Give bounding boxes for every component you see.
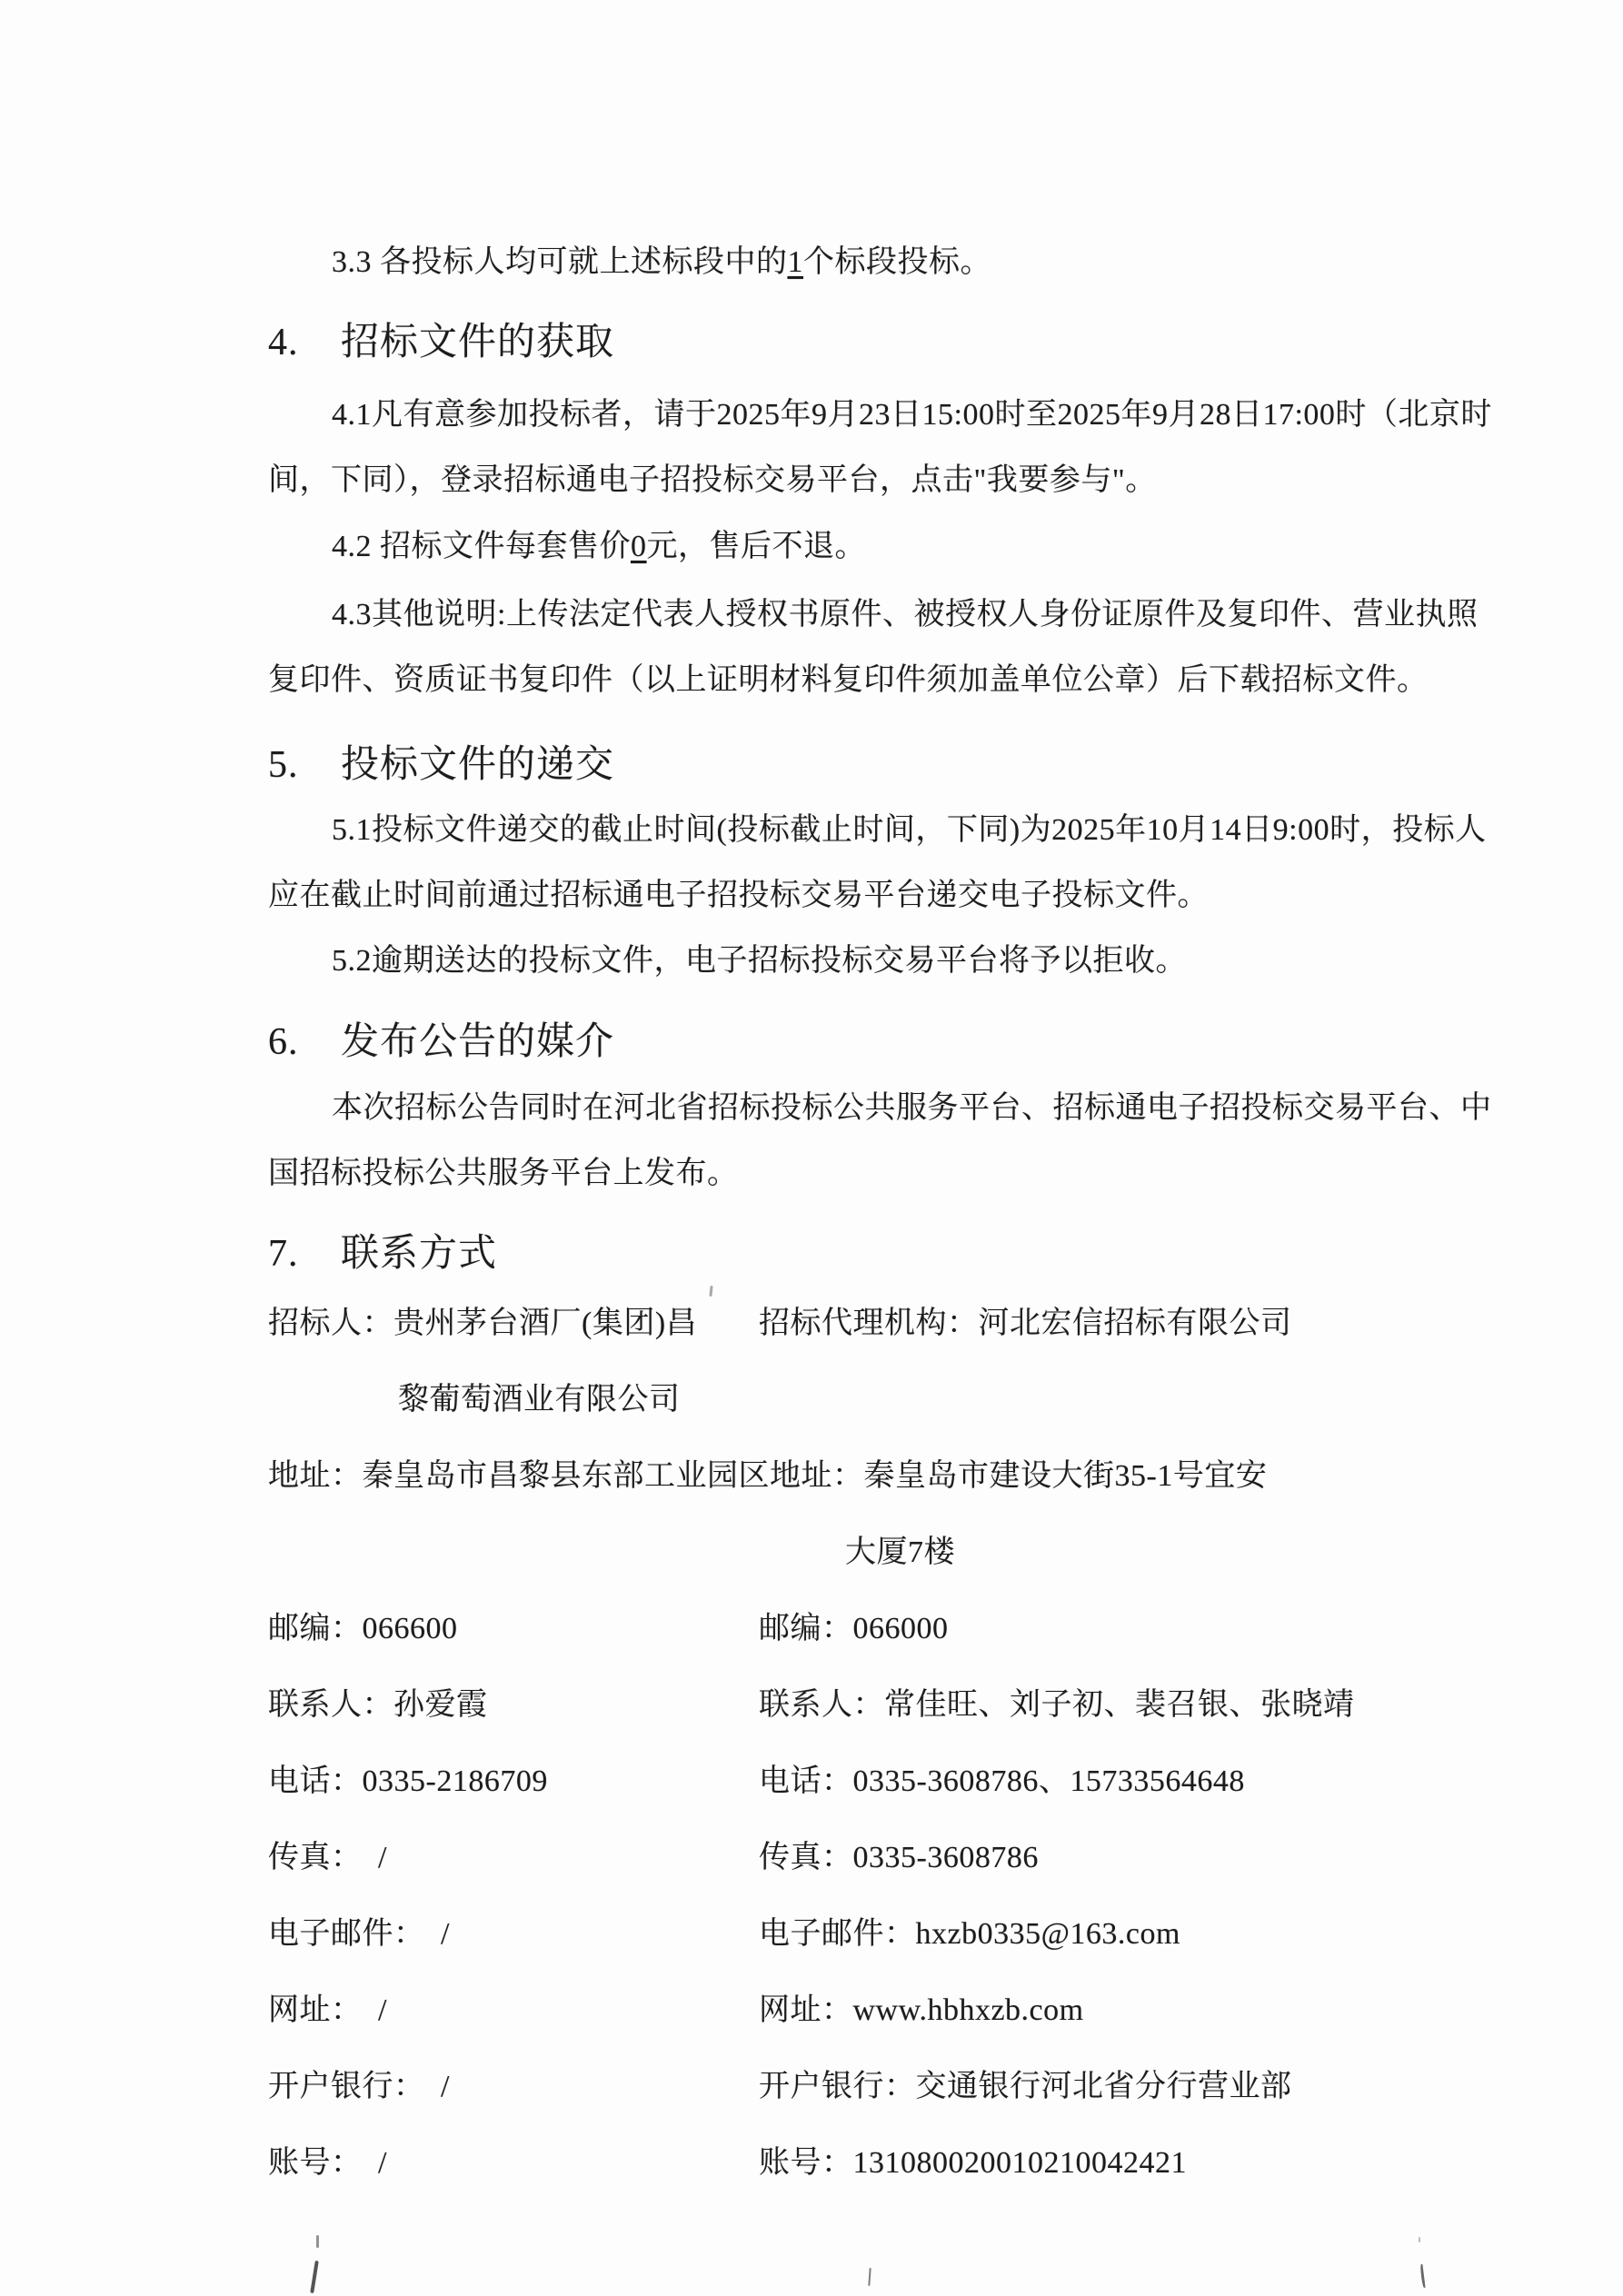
contact-row-email: 电子邮件： / 电子邮件：hxzb0335@163.com: [268, 1892, 1468, 1968]
scan-artifact: [1419, 2237, 1420, 2242]
tenderer-website-cell: 网址： /: [268, 1984, 759, 2029]
clause-5-1: 5.1投标文件递交的截止时间(投标截止时间，下同)为2025年10月14日9:0…: [268, 798, 1468, 929]
contact-row-address: 地址：秦皇岛市昌黎县东部工业园区 地址：秦皇岛市建设大街35-1号宜安: [268, 1434, 1468, 1510]
document-page: 3.3 各投标人均可就上述标段中的1个标段投标。 4.招标文件的获取 4.1凡有…: [0, 0, 1623, 2296]
scan-artifact: [1419, 2264, 1425, 2288]
scan-artifact: [628, 821, 632, 827]
agency-fax-cell: 传真：0335-3608786: [759, 1832, 1468, 1876]
section-4-heading: 4.招标文件的获取: [268, 315, 1468, 370]
document-content: 3.3 各投标人均可就上述标段中的1个标段投标。 4.招标文件的获取 4.1凡有…: [268, 0, 1468, 2197]
clause-5-1-line-1: 5.1投标文件递交的截止时间(投标截止时间，下同)为2025年10月14日9:0…: [268, 798, 1468, 863]
agency-website-cell: 网址：www.hbhxzb.com: [759, 1984, 1468, 2029]
section-7-number: 7.: [268, 1227, 341, 1281]
clause-4-2-post: 元，售后不退。: [647, 530, 867, 563]
tenderer-contact-person-cell: 联系人：孙爱霞: [268, 1679, 759, 1724]
contact-row-tenderer: 招标人：贵州茅台酒厂(集团)昌 招标代理机构：河北宏信招标有限公司: [268, 1281, 1468, 1357]
contact-row-website: 网址： / 网址：www.hbhxzb.com: [268, 1968, 1468, 2044]
clause-4-3: 4.3其他说明:上传法定代表人授权书原件、被授权人身份证原件及复印件、营业执照 …: [268, 582, 1468, 713]
tenderer-email-cell: 电子邮件： /: [268, 1908, 759, 1953]
agency-contact-person-cell: 联系人：常佳旺、刘子初、裴召银、张晓靖: [759, 1679, 1468, 1724]
clause-3-3-underlined: 1: [788, 245, 804, 279]
section-6-body-line-2: 国招标投标公共服务平台上发布。: [268, 1141, 1468, 1207]
clause-5-2-line: 5.2逾期送达的投标文件，电子招标投标交易平台将予以拒收。: [268, 929, 1468, 994]
section-5-heading: 5.投标文件的递交: [268, 738, 1468, 792]
contact-row-tenderer-name-cont: 黎葡萄酒业有限公司: [268, 1357, 1468, 1434]
agency-postcode-cell: 邮编：066000: [759, 1603, 1468, 1647]
contact-row-postcode: 邮编：066600 邮编：066000: [268, 1586, 1468, 1663]
tenderer-address-cell: 地址：秦皇岛市昌黎县东部工业园区: [268, 1450, 770, 1495]
clause-4-3-line-1: 4.3其他说明:上传法定代表人授权书原件、被授权人身份证原件及复印件、营业执照: [268, 582, 1468, 648]
agency-email-cell: 电子邮件：hxzb0335@163.com: [759, 1908, 1468, 1953]
scan-artifact: [868, 2268, 871, 2286]
scan-artifact: [310, 2261, 319, 2293]
clause-3-3-post: 个标段投标。: [803, 245, 991, 279]
clause-4-2-pre: 4.2 招标文件每套售价: [332, 530, 631, 563]
contact-row-fax: 传真： / 传真：0335-3608786: [268, 1815, 1468, 1892]
contact-row-account: 账号： / 账号：131080020010210042421: [268, 2121, 1468, 2197]
contact-row-phone: 电话：0335-2186709 电话：0335-3608786、15733564…: [268, 1739, 1468, 1815]
clause-4-2-underlined: 0: [631, 530, 647, 563]
tenderer-account-cell: 账号： /: [268, 2137, 759, 2182]
contact-row-bank: 开户银行： / 开户银行：交通银行河北省分行营业部: [268, 2044, 1468, 2121]
section-6-title: 发布公告的媒介: [341, 1021, 614, 1063]
tenderer-name-cell: 招标人：贵州茅台酒厂(集团)昌: [268, 1297, 759, 1342]
section-6-number: 6.: [268, 1015, 341, 1069]
clause-5-1-line-2: 应在截止时间前通过招标通电子招投标交易平台递交电子投标文件。: [268, 863, 1468, 929]
agency-name-cell: 招标代理机构：河北宏信招标有限公司: [759, 1297, 1468, 1342]
agency-phone-cell: 电话：0335-3608786、15733564648: [759, 1755, 1468, 1800]
tenderer-bank-cell: 开户银行： /: [268, 2061, 759, 2105]
clause-4-3-line-2: 复印件、资质证书复印件（以上证明材料复印件须加盖单位公章）后下载招标文件。: [268, 648, 1468, 713]
clause-3-3: 3.3 各投标人均可就上述标段中的1个标段投标。: [268, 230, 1468, 295]
contact-table: 招标人：贵州茅台酒厂(集团)昌 招标代理机构：河北宏信招标有限公司 黎葡萄酒业有…: [268, 1281, 1468, 2197]
clause-4-2-line: 4.2 招标文件每套售价0元，售后不退。: [268, 514, 1468, 580]
tenderer-name-continuation-cell: 黎葡萄酒业有限公司: [268, 1374, 759, 1418]
section-6-body-line-1: 本次招标公告同时在河北省招标投标公共服务平台、招标通电子招投标交易平台、中: [268, 1076, 1468, 1141]
section-5-number: 5.: [268, 738, 341, 792]
section-5-title: 投标文件的递交: [341, 744, 614, 786]
clause-4-1-line-2: 间，下同），登录招标通电子招投标交易平台，点击"我要参与"。: [268, 448, 1468, 513]
clause-4-1-line-1: 4.1凡有意参加投标者，请于2025年9月23日15:00时至2025年9月28…: [268, 383, 1468, 448]
agency-address-cell: 地址：秦皇岛市建设大街35-1号宜安: [770, 1450, 1468, 1495]
tenderer-postcode-cell: 邮编：066600: [268, 1603, 759, 1647]
agency-address-continuation-cell: 大厦7楼: [759, 1526, 1468, 1571]
tenderer-fax-cell: 传真： /: [268, 1832, 759, 1876]
section-4-title: 招标文件的获取: [341, 322, 614, 363]
contact-row-address-cont: 大厦7楼: [268, 1510, 1468, 1586]
section-7-title: 联系方式: [341, 1233, 497, 1275]
clause-4-1: 4.1凡有意参加投标者，请于2025年9月23日15:00时至2025年9月28…: [268, 383, 1468, 513]
clause-4-2: 4.2 招标文件每套售价0元，售后不退。: [268, 514, 1468, 580]
section-6-heading: 6.发布公告的媒介: [268, 1015, 1468, 1069]
scan-artifact: [316, 2235, 319, 2248]
contact-row-contact-person: 联系人：孙爱霞 联系人：常佳旺、刘子初、裴召银、张晓靖: [268, 1663, 1468, 1739]
section-7-heading: 7.联系方式: [268, 1227, 1468, 1281]
clause-5-2: 5.2逾期送达的投标文件，电子招标投标交易平台将予以拒收。: [268, 929, 1468, 994]
section-4-number: 4.: [268, 315, 341, 370]
tenderer-phone-cell: 电话：0335-2186709: [268, 1755, 759, 1800]
section-6-body: 本次招标公告同时在河北省招标投标公共服务平台、招标通电子招投标交易平台、中 国招…: [268, 1076, 1468, 1207]
clause-3-3-line: 3.3 各投标人均可就上述标段中的1个标段投标。: [268, 230, 1468, 295]
agency-account-cell: 账号：131080020010210042421: [759, 2137, 1468, 2182]
clause-3-3-pre: 3.3 各投标人均可就上述标段中的: [332, 245, 788, 279]
agency-bank-cell: 开户银行：交通银行河北省分行营业部: [759, 2061, 1468, 2105]
